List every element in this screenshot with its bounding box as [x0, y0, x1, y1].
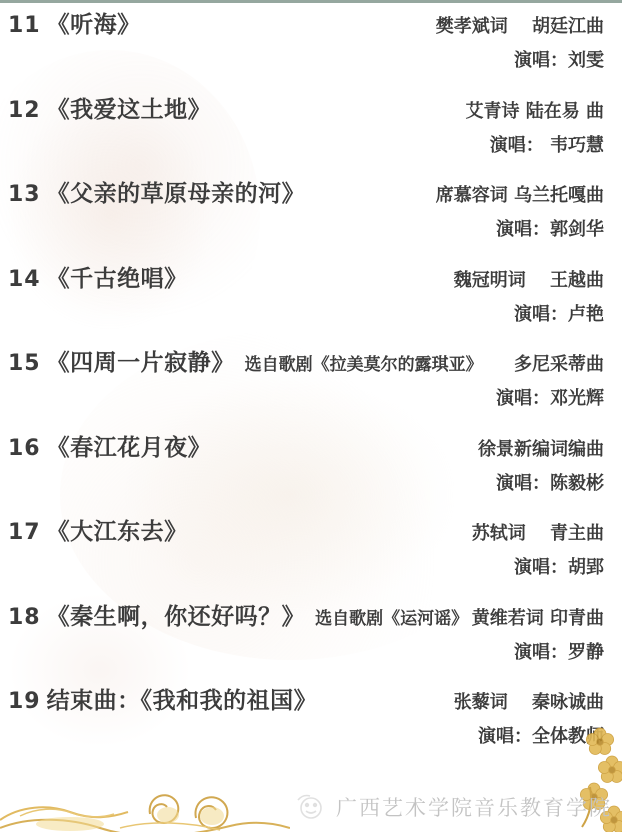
performer-line: 演唱：胡郢 [8, 553, 604, 579]
smiley-face-watermark-icon [294, 792, 328, 822]
program-item-17: 17 《大江东去》 苏轼词 青主曲 演唱：胡郢 [8, 513, 604, 598]
song-title: 《春江花月夜》 [47, 429, 212, 462]
credits: 席慕容词 乌兰托嘎曲 [436, 181, 604, 207]
song-title: 《大江东去》 [47, 513, 188, 546]
credits: 魏冠明词 王越曲 [454, 266, 604, 292]
song-title: 结束曲：《我和我的祖国》 [47, 682, 318, 715]
song-title: 《父亲的草原母亲的河》 [47, 175, 306, 208]
item-number: 18 [8, 605, 41, 630]
performer-line: 演唱：卢艳 [8, 300, 604, 326]
performer-line: 演唱：郭剑华 [8, 215, 604, 241]
performer-line: 演唱： 韦巧慧 [8, 131, 604, 157]
credits: 艾青诗 陆在易 曲 [465, 97, 604, 123]
credits: 樊孝斌词 胡廷江曲 [436, 12, 604, 38]
program-item-13: 13 《父亲的草原母亲的河》 席慕容词 乌兰托嘎曲 演唱：郭剑华 [8, 175, 604, 260]
item-number: 13 [8, 182, 41, 207]
performer-line: 演唱：全体教师 [8, 722, 604, 748]
program-item-12: 12 《我爱这土地》 艾青诗 陆在易 曲 演唱： 韦巧慧 [8, 91, 604, 176]
performer-line: 演唱：刘雯 [8, 46, 604, 72]
credits: 徐景新编词编曲 [478, 435, 604, 461]
program-item-16: 16 《春江花月夜》 徐景新编词编曲 演唱：陈毅彬 [8, 429, 604, 514]
credits: 张藜词 秦咏诚曲 [454, 688, 604, 714]
song-title: 《千古绝唱》 [47, 260, 188, 293]
program-item-15: 15 《四周一片寂静》 选自歌剧《拉美莫尔的露琪亚》 多尼采蒂曲 演唱：邓光辉 [8, 344, 604, 429]
credits: 苏轼词 青主曲 [472, 519, 604, 545]
item-number: 19 [8, 689, 41, 714]
item-number: 12 [8, 98, 41, 123]
item-number: 14 [8, 267, 41, 292]
performer-line: 演唱：陈毅彬 [8, 469, 604, 495]
performer-line: 演唱：罗静 [8, 638, 604, 664]
top-border-band [0, 0, 622, 3]
program-item-18: 18 《秦生啊，你还好吗？》 选自歌剧《运河谣》 黄维若词 印青曲 演唱：罗静 [8, 598, 604, 683]
footer-watermark: 广西艺术学院音乐教育学院 [0, 792, 612, 822]
item-number: 15 [8, 351, 41, 376]
program-item-11: 11 《听海》 樊孝斌词 胡廷江曲 演唱：刘雯 [8, 6, 604, 91]
item-number: 16 [8, 436, 41, 461]
song-title: 《秦生啊，你还好吗？》 [47, 598, 306, 631]
song-title: 《我爱这土地》 [47, 91, 212, 124]
program-list: 11 《听海》 樊孝斌词 胡廷江曲 演唱：刘雯 12 《我爱这土地》 艾青诗 陆… [8, 6, 604, 767]
program-item-14: 14 《千古绝唱》 魏冠明词 王越曲 演唱：卢艳 [8, 260, 604, 345]
song-title: 《听海》 [47, 6, 141, 39]
item-number: 17 [8, 520, 41, 545]
program-item-19: 19 结束曲：《我和我的祖国》 张藜词 秦咏诚曲 演唱：全体教师 [8, 682, 604, 767]
item-number: 11 [8, 13, 41, 38]
song-title: 《四周一片寂静》 [47, 344, 235, 377]
opera-note: 选自歌剧《运河谣》 [315, 604, 468, 629]
opera-note: 选自歌剧《拉美莫尔的露琪亚》 [245, 350, 483, 375]
credits: 黄维若词 印青曲 [472, 604, 604, 630]
credits: 多尼采蒂曲 [514, 350, 604, 376]
institution-watermark-text: 广西艺术学院音乐教育学院 [336, 792, 612, 822]
performer-line: 演唱：邓光辉 [8, 384, 604, 410]
